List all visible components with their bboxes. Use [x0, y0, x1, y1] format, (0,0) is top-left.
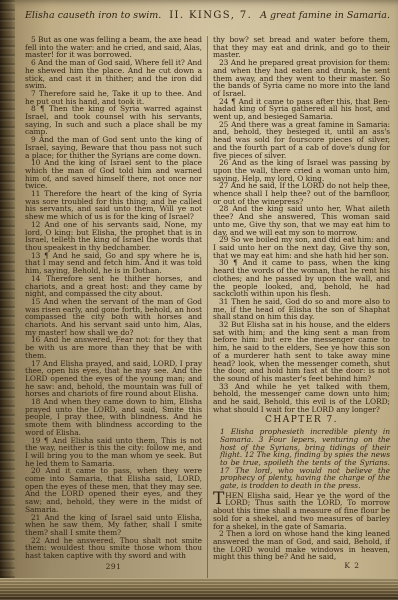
verse: 17 And Elisha prayed, and said, LORD, I …	[25, 360, 202, 399]
running-head-right: A great famine in Samaria.	[260, 10, 390, 21]
verse: 6 And the man of God said, Where fell it…	[25, 59, 202, 90]
verse: 2 Then a lord on whose hand the king lea…	[213, 530, 390, 561]
verse: 32 But Elisha sat in his house, and the …	[213, 321, 390, 383]
bottom-page-edges	[0, 578, 398, 600]
verse: 7 Therefore said he, Take it up to thee.…	[25, 90, 202, 105]
text-columns: 5 But as one was felling a beam, the axe…	[23, 36, 391, 580]
page-number: 291	[25, 563, 202, 571]
left-column: 5 But as one was felling a beam, the axe…	[23, 36, 207, 580]
verse: 5 But as one was felling a beam, the axe…	[25, 36, 202, 59]
drop-cap-initial: T	[213, 492, 225, 506]
verse: 25 And there was a great famine in Samar…	[213, 121, 390, 160]
book-gutter-edge	[0, 0, 15, 600]
verse: 10 And the king of Israel sent to the pl…	[25, 159, 202, 190]
verse: 13 ¶ And he said, Go and spy where he is…	[25, 252, 202, 275]
verse: 12 And one of his servants said, None, m…	[25, 221, 202, 252]
verse: 31 Then he said, God do so and more also…	[213, 298, 390, 321]
chapter-heading: CHAPTER 7.	[213, 417, 390, 425]
verse: 19 ¶ And Elisha said unto them, This is …	[25, 437, 202, 468]
verse: 21 And the king of Israel said unto Elis…	[25, 514, 202, 537]
right-column: thy bow? set bread and water before them…	[207, 36, 391, 580]
verse-dropcap: THEN Elisha said, Hear ye the word of th…	[213, 492, 390, 531]
verse: 30 ¶ And it came to pass, when the king …	[213, 259, 390, 298]
verse: 28 And the king said unto her, What aile…	[213, 205, 390, 236]
running-head-left: Elisha causeth iron to swim.	[25, 10, 161, 21]
verse: 14 Therefore sent he thither horses, and…	[25, 275, 202, 298]
verse: 33 And while he yet talked with them, be…	[213, 383, 390, 414]
page: Elisha causeth iron to swim. II. KINGS, …	[13, 0, 398, 586]
verse: 15 And when the servant of the man of Go…	[25, 298, 202, 337]
verse: 8 ¶ Then the king of Syria warred agains…	[25, 105, 202, 136]
book-chapter-heading: II. KINGS, 7.	[169, 10, 252, 21]
scanned-bible-page: { "page": { "running_head_left": "Elisha…	[0, 0, 398, 600]
verse: 11 Therefore the heart of the king of Sy…	[25, 190, 202, 221]
verse: 29 So we boiled my son, and did eat him:…	[213, 236, 390, 259]
running-head: Elisha causeth iron to swim. II. KINGS, …	[25, 10, 390, 21]
chapter-summary: 1 Elisha prophesieth incredible plenty i…	[213, 428, 390, 490]
verse-continuation: thy bow? set bread and water before them…	[213, 36, 390, 59]
verse: 20 And it came to pass, when they were c…	[25, 467, 202, 513]
verse: 23 And he prepared great provision for t…	[213, 59, 390, 98]
verse: 22 And he answered, Thou shalt not smite…	[25, 537, 202, 560]
signature-mark: K 2	[213, 562, 390, 570]
verse: 26 And as the king of Israel was passing…	[213, 159, 390, 182]
verse: 16 And he answered, Fear not: for they t…	[25, 336, 202, 359]
verse: 18 And when they came down to him, Elish…	[25, 398, 202, 437]
verse: 24 ¶ And it came to pass after this, tha…	[213, 98, 390, 121]
verse: 27 And he said, If the LORD do not help …	[213, 182, 390, 205]
verse: 9 And the man of God sent unto the king …	[25, 136, 202, 159]
